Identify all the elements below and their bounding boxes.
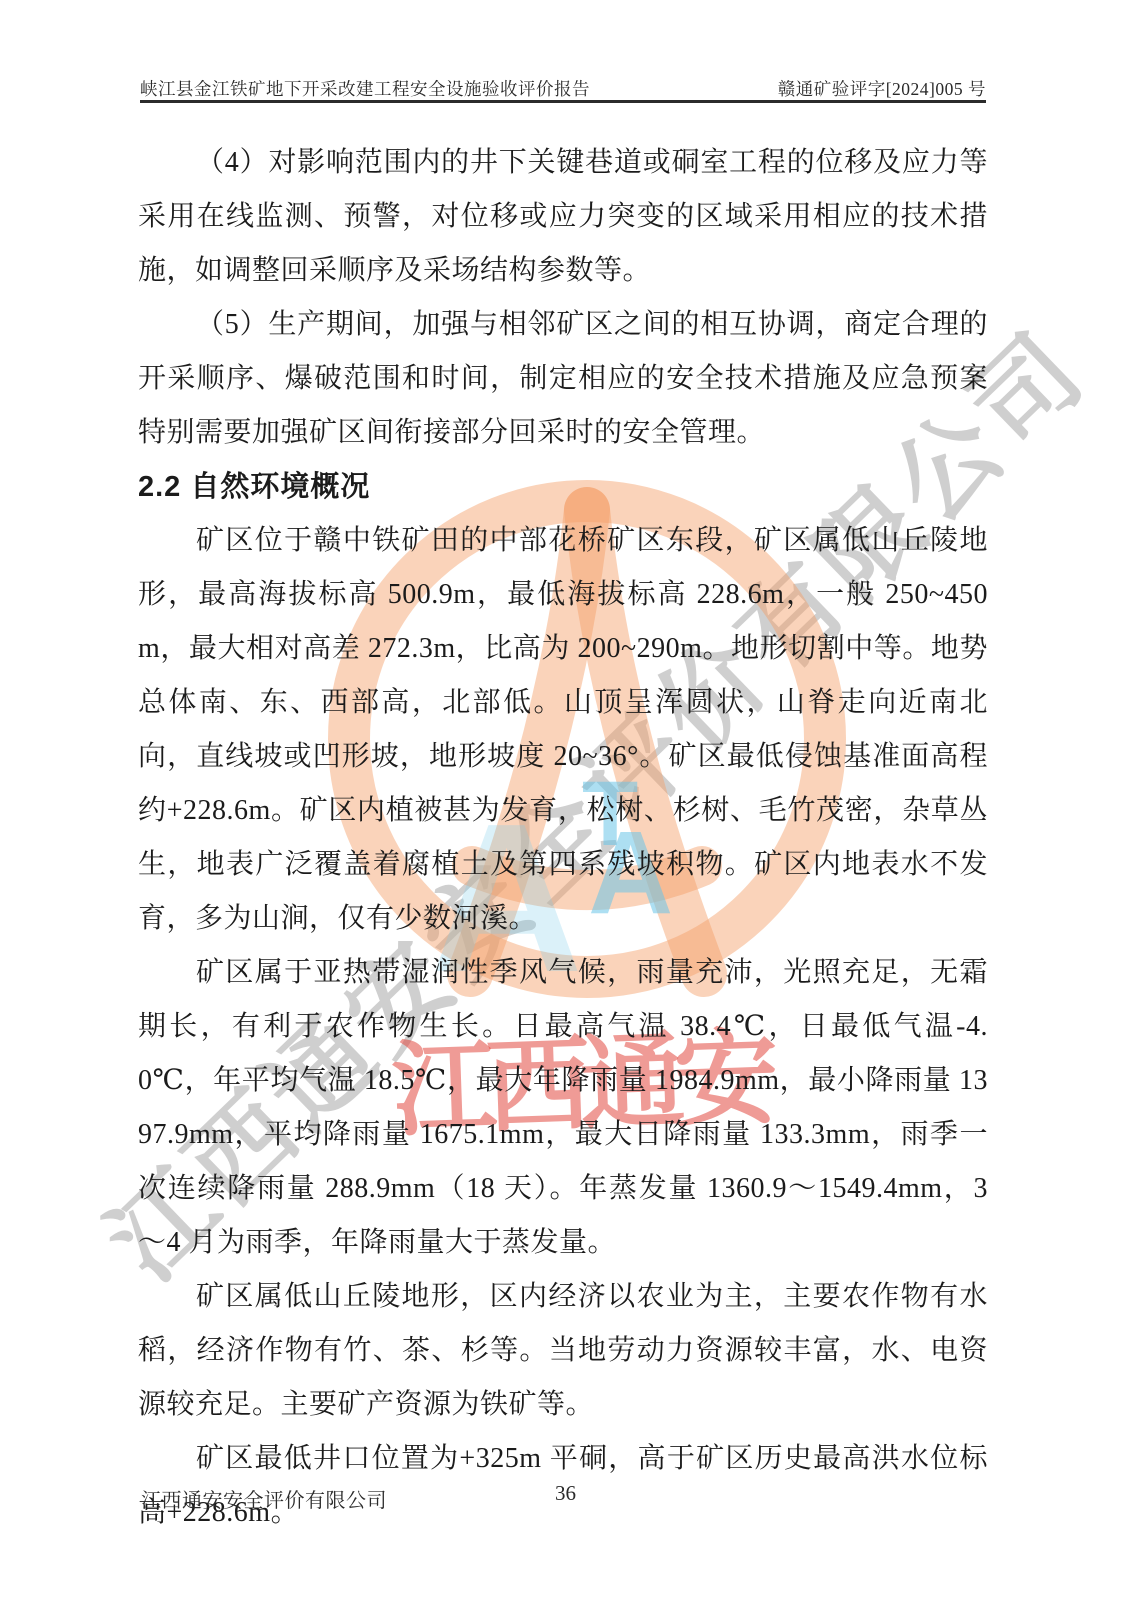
footer-page-number: 36: [0, 1481, 1131, 1506]
list-item-5: （5）生产期间，加强与相邻矿区之间的相互协调，商定合理的开采顺序、爆破范围和时间…: [138, 298, 988, 460]
header-document-number: 赣通矿验评字[2024]005 号: [778, 76, 986, 101]
list-item-4: （4）对影响范围内的井下关键巷道或硐室工程的位移及应力等采用在线监测、预警，对位…: [138, 136, 988, 298]
document-body: （4）对影响范围内的井下关键巷道或硐室工程的位移及应力等采用在线监测、预警，对位…: [138, 136, 988, 1540]
report-page: 江西通安安全评价有限公司 A T A 江西通安 峡江县金江铁矿地下开采改建工程安…: [0, 0, 1131, 1600]
paragraph-terrain: 矿区位于赣中铁矿田的中部花桥矿区东段，矿区属低山丘陵地形，最高海拔标高 500.…: [138, 514, 988, 946]
header-report-title: 峡江县金江铁矿地下开采改建工程安全设施验收评价报告: [140, 76, 590, 101]
page-header: 峡江县金江铁矿地下开采改建工程安全设施验收评价报告 赣通矿验评字[2024]00…: [140, 76, 986, 101]
header-rule: [140, 100, 986, 103]
paragraph-economy: 矿区属低山丘陵地形，区内经济以农业为主，主要农作物有水稻，经济作物有竹、茶、杉等…: [138, 1270, 988, 1432]
paragraph-climate: 矿区属于亚热带湿润性季风气候，雨量充沛，光照充足，无霜期长，有利于农作物生长。日…: [138, 946, 988, 1270]
section-heading-2-2: 2.2 自然环境概况: [138, 460, 988, 514]
